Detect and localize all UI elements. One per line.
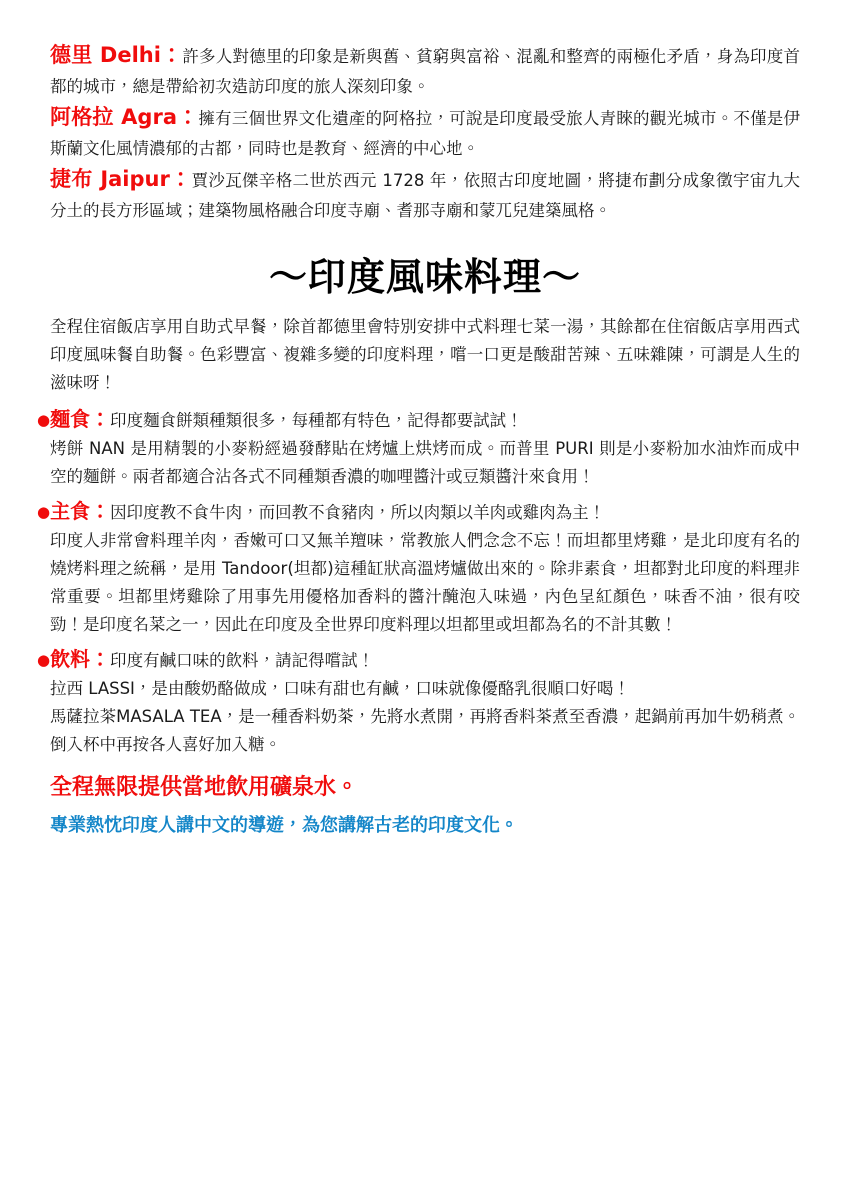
food-item-mains-lead: 因印度教不食牛肉，而回教不食豬肉，所以肉類以羊肉或雞肉為主！	[110, 503, 605, 522]
food-item-drinks-lead: 印度有鹹口味的飲料，請記得嚐試！	[110, 651, 374, 670]
food-item-drinks-label: 飲料：	[50, 647, 110, 671]
food-item-drinks-paragraph-masala: 馬薩拉茶MASALA TEA，是一種香料奶茶，先將水煮開，再將香料茶煮至香濃，起…	[50, 703, 800, 759]
city-paragraph-jaipur: 捷布 Jaipur：賈沙瓦傑辛格二世於西元 1728 年，依照古印度地圖，將捷布…	[50, 164, 800, 226]
bullet-icon: ●	[37, 503, 50, 521]
bullet-icon: ●	[37, 411, 50, 429]
bullet-icon: ●	[37, 651, 50, 669]
food-item-breads-label: 麵食：	[50, 407, 110, 431]
chinese-guide-note: 專業熱忱印度人講中文的導遊，為您講解古老的印度文化。	[50, 813, 800, 839]
food-item-mains-paragraph: 印度人非常會料理羊肉，香嫩可口又無羊羶味，常教旅人們念念不忘！而坦都里烤雞，是北…	[50, 527, 800, 639]
city-heading-agra: 阿格拉 Agra：	[50, 105, 198, 129]
cuisine-intro-paragraph: 全程住宿飯店享用自助式早餐，除首都德里會特別安排中式料理七菜一湯，其餘都在住宿飯…	[50, 313, 800, 397]
food-item-drinks: ●飲料：印度有鹹口味的飲料，請記得嚐試！ 拉西 LASSI，是由酸奶酪做成，口味…	[50, 645, 800, 759]
food-item-mains-label: 主食：	[50, 499, 110, 523]
city-heading-jaipur: 捷布 Jaipur：	[50, 167, 192, 191]
city-heading-delhi: 德里 Delhi：	[50, 43, 182, 67]
city-paragraph-agra: 阿格拉 Agra：擁有三個世界文化遺產的阿格拉，可說是印度最受旅人青睞的觀光城市…	[50, 102, 800, 164]
food-item-breads-lead: 印度麵食餅類種類很多，每種都有特色，記得都要試試！	[110, 411, 523, 430]
food-item-mains-heading: ●主食：因印度教不食牛肉，而回教不食豬肉，所以肉類以羊肉或雞肉為主！	[37, 497, 800, 527]
food-item-breads-paragraph: 烤餅 NAN 是用精製的小麥粉經過發酵貼在烤爐上烘烤而成。而普里 PURI 則是…	[50, 435, 800, 491]
food-item-mains: ●主食：因印度教不食牛肉，而回教不食豬肉，所以肉類以羊肉或雞肉為主！ 印度人非常…	[50, 497, 800, 639]
food-item-breads: ●麵食：印度麵食餅類種類很多，每種都有特色，記得都要試試！ 烤餅 NAN 是用精…	[50, 405, 800, 491]
section-title-indian-cuisine: ～印度風味料理～	[50, 246, 800, 301]
food-item-breads-heading: ●麵食：印度麵食餅類種類很多，每種都有特色，記得都要試試！	[37, 405, 800, 435]
document-page: 德里 Delhi：許多人對德里的印象是新與舊、貧窮與富裕、混亂和整齊的兩極化矛盾…	[0, 0, 849, 1200]
food-item-drinks-paragraph-lassi: 拉西 LASSI，是由酸奶酪做成，口味有甜也有鹹，口味就像優酪乳很順口好喝！	[50, 675, 800, 703]
city-paragraph-delhi: 德里 Delhi：許多人對德里的印象是新與舊、貧窮與富裕、混亂和整齊的兩極化矛盾…	[50, 40, 800, 102]
mineral-water-note: 全程無限提供當地飲用礦泉水。	[50, 773, 800, 803]
food-item-drinks-heading: ●飲料：印度有鹹口味的飲料，請記得嚐試！	[37, 645, 800, 675]
